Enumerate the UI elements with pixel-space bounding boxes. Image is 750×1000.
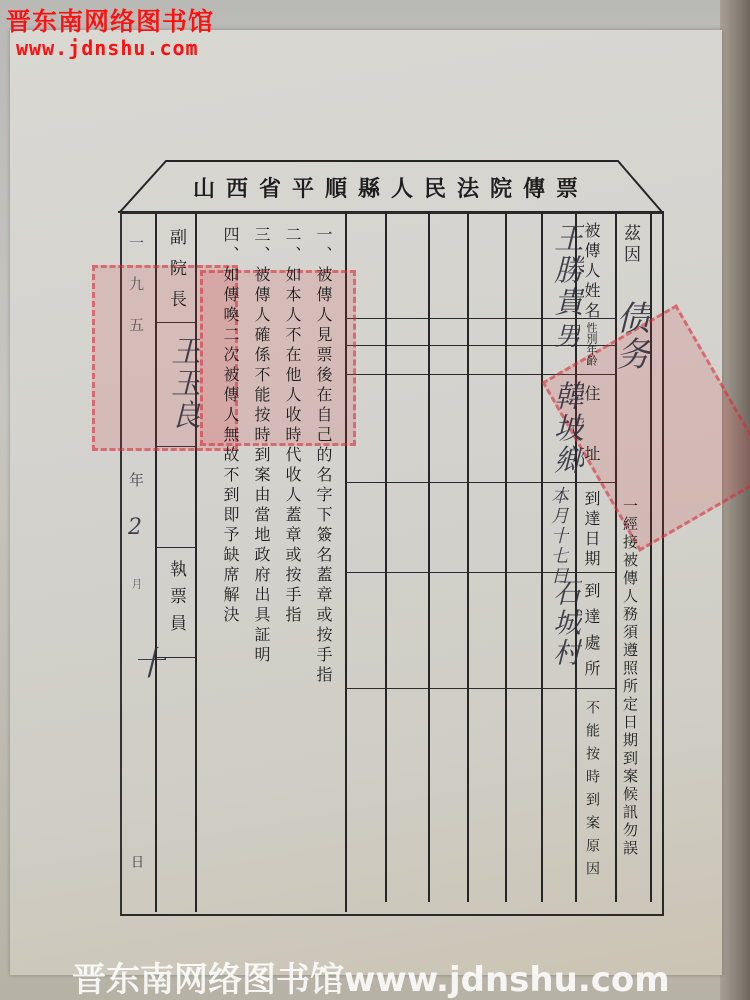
date-month-mark: 月 (131, 578, 142, 593)
field-value-name: 王勝貴 (543, 222, 587, 318)
instruction-4: 四、如傳喚二次被傳人無故不到即予缺席解決 (222, 226, 238, 626)
notice-text: 一經接被傳人務須遵照所定日期到案候訊勿誤 (622, 498, 637, 858)
date-day-mark: 日 (129, 855, 142, 872)
form-title: 山西省平順縣人民法院傳票 (118, 172, 664, 203)
date-month: 2 (128, 515, 144, 540)
watermark-bottom: 晋东南网络图书馆www.jdnshu.com (72, 952, 670, 1000)
watermark-top: 晋东南网络图书馆 www.jdnshu.com (6, 2, 214, 60)
grid-line (385, 212, 387, 902)
grid-line (467, 212, 469, 902)
instruction-1: 一、被傳人見票後在自己的名字下簽名蓋章或按手指 (315, 226, 331, 686)
row-line (157, 547, 195, 548)
reason-label: 茲因 (621, 224, 638, 266)
date-year-mark: 年 (128, 472, 143, 491)
row-line (345, 318, 615, 319)
vice-president-label: 副院長 (167, 228, 184, 321)
grid-line (505, 212, 507, 902)
field-value-arrival-date: 本月十七日 (545, 486, 571, 586)
field-label-arrival-date: 到達日期 (583, 490, 599, 570)
watermark-url: www.jdnshu.com (6, 36, 214, 60)
row-line (345, 572, 615, 573)
field-label-absence-reason: 不能按時到案原因 (585, 700, 599, 884)
field-value-address: 韓坡鄉 (543, 380, 587, 476)
clerk-label: 執票員 (167, 560, 184, 641)
date-day: 十 (122, 645, 171, 681)
vice-president-signature: 王玉良 (160, 335, 204, 431)
field-label-gender-age: 性別年齡 (586, 322, 597, 366)
row-line (345, 688, 615, 689)
reason-value: 债务 (606, 300, 655, 372)
watermark-title: 晋东南网络图书馆 (6, 2, 214, 38)
field-label-arrival-place: 到達處所 (583, 582, 599, 686)
field-value-arrival-place: 石城村 (545, 578, 585, 668)
row-line (345, 482, 615, 483)
form-header: 山西省平順縣人民法院傳票 (118, 158, 664, 214)
instruction-2: 二、如本人不在他人收時代收人蓋章或按手指 (284, 226, 300, 626)
field-value-gender-age: 男 (547, 322, 584, 350)
instruction-3: 三、被傳人確係不能按時到案由當地政府出具証明 (253, 226, 269, 666)
date-prefix: 一九五 (128, 235, 143, 358)
grid-line (428, 212, 430, 902)
